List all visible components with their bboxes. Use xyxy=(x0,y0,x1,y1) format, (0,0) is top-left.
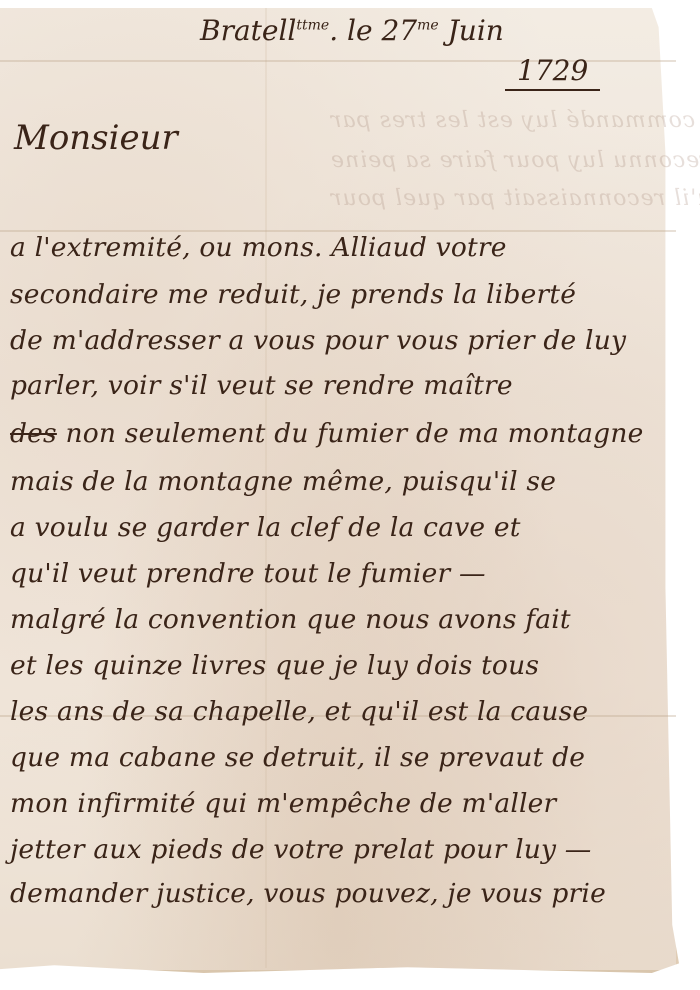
letter-line: que ma cabane se detruit, il se prevaut … xyxy=(10,742,585,773)
header-day-superscript: me xyxy=(417,18,439,34)
line-text: non seulement du fumier de ma montagne xyxy=(65,418,643,449)
letter-line: les ans de sa chapelle, et qu'il est la … xyxy=(10,696,588,727)
letter-line: des non seulement du fumier de ma montag… xyxy=(10,418,644,449)
letter-line: a l'extremité, ou mons. Alliaud votre xyxy=(10,232,507,263)
header-date-prefix: le xyxy=(347,14,373,47)
letter-line: et les quinze livres que je luy dois tou… xyxy=(10,650,539,681)
bleed-through-text: mais qu'il reconnaissait par quel pour xyxy=(330,186,700,211)
letter-line: parler, voir s'il veut se rendre maître xyxy=(10,370,513,401)
letter-line: jetter aux pieds de votre prelat pour lu… xyxy=(10,834,592,865)
letter-line: a voulu se garder la clef de la cave et xyxy=(10,512,521,543)
letter-line: malgré la convention que nous avons fait xyxy=(10,604,571,635)
letter-line: secondaire me reduit, je prends la liber… xyxy=(10,279,576,310)
bleed-through-text: commandé luy est les tres par xyxy=(330,108,695,133)
letter-line: qu'il veut prendre tout le fumier — xyxy=(10,558,486,589)
bleed-through-text: reconnu luy pour faire sa peine xyxy=(330,148,700,173)
salutation: Monsieur xyxy=(14,118,178,158)
letter-line: de m'addresser a vous pour vous prier de… xyxy=(10,325,626,356)
letter-line: mon infirmité qui m'empêche de m'aller xyxy=(10,788,556,819)
struck-word: des xyxy=(10,418,57,449)
letter-line: demander justice, vous pouvez, je vous p… xyxy=(10,878,606,909)
header-month: Juin xyxy=(448,14,504,47)
header-place-superscript: ttme xyxy=(296,18,329,34)
header-year: 1729 xyxy=(505,54,600,91)
header-day: 27 xyxy=(381,14,417,47)
letter-header-place-date: Bratellttme. le 27me Juin xyxy=(200,14,504,47)
header-place: Bratell xyxy=(200,14,296,47)
letter-line: mais de la montagne même, puisqu'il se xyxy=(10,466,556,497)
